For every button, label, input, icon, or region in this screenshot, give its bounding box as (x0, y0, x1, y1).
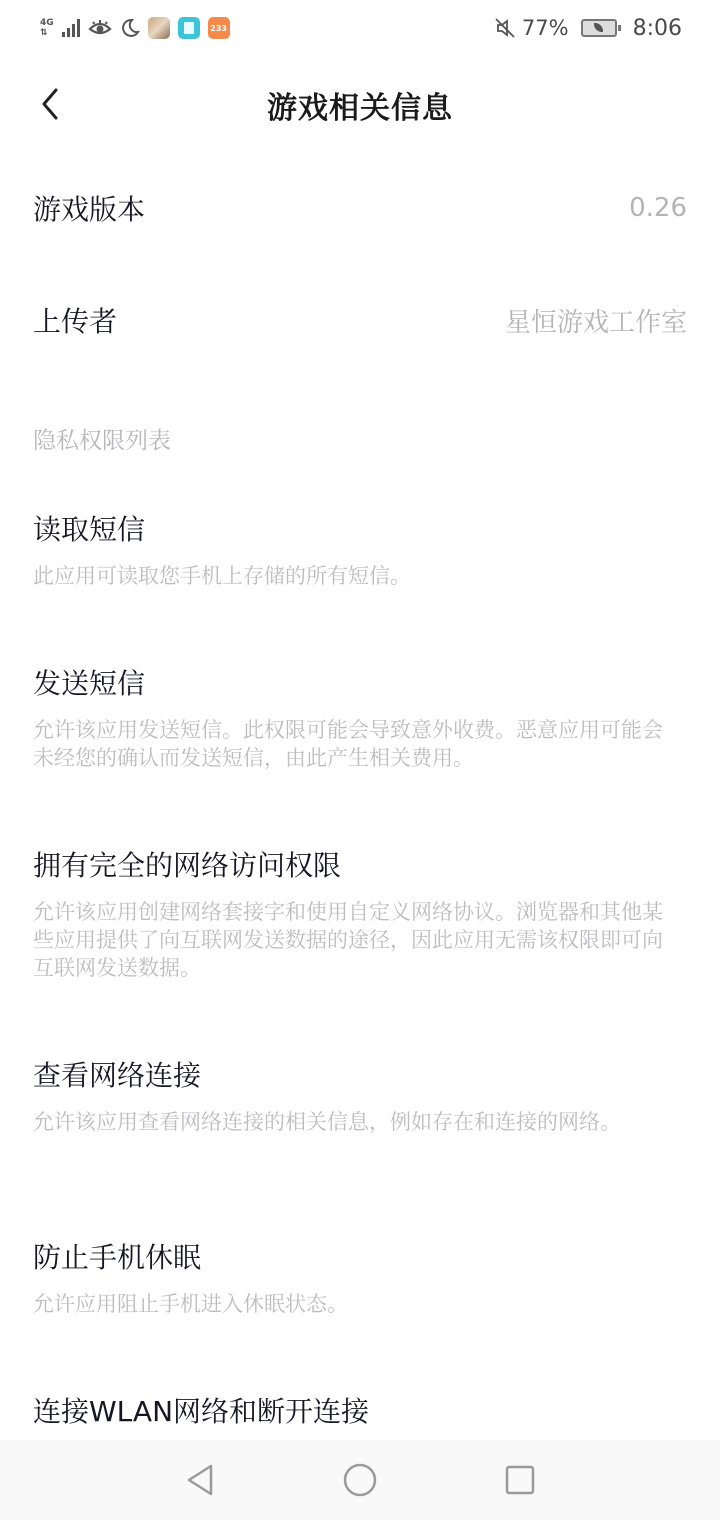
page-header: 游戏相关信息 (0, 60, 720, 150)
permission-item: 查看网络连接 允许该应用查看网络连接的相关信息，例如存在和连接的网络。 (33, 1056, 682, 1136)
permission-desc: 允许该应用创建网络套接字和使用自定义网络协议。浏览器和其他某些应用提供了向互联网… (33, 898, 682, 982)
permission-item: 读取短信 此应用可读取您手机上存储的所有短信。 (33, 510, 682, 590)
permission-item: 连接WLAN网络和断开连接 (33, 1392, 682, 1432)
uploader-label: 上传者 (33, 300, 117, 340)
network-indicator: 4G ⇅ (40, 18, 54, 38)
nav-back-button[interactable] (180, 1460, 220, 1500)
back-triangle-icon (185, 1463, 215, 1497)
233-app-label: 233 (210, 24, 227, 33)
battery-icon (581, 19, 617, 37)
uploader-value: 星恒游戏工作室 (505, 302, 687, 339)
recents-square-icon (505, 1465, 535, 1495)
permission-desc: 允许该应用查看网络连接的相关信息，例如存在和连接的网络。 (33, 1108, 682, 1136)
status-bar: 4G ⇅ 233 77% 8:06 (0, 0, 720, 56)
permission-desc: 此应用可读取您手机上存储的所有短信。 (33, 562, 682, 590)
permission-item: 发送短信 允许该应用发送短信。此权限可能会导致意外收费。恶意应用可能会未经您的确… (33, 664, 682, 772)
permission-title: 防止手机休眠 (33, 1238, 682, 1278)
chevron-left-icon (40, 87, 60, 121)
nav-recents-button[interactable] (500, 1460, 540, 1500)
permission-item: 防止手机休眠 允许应用阻止手机进入休眠状态。 (33, 1238, 682, 1318)
page-title: 游戏相关信息 (267, 83, 453, 127)
clock: 8:06 (633, 16, 682, 41)
permission-title: 发送短信 (33, 664, 682, 704)
back-button[interactable] (30, 82, 70, 126)
eye-icon (88, 19, 112, 37)
moon-icon (120, 18, 140, 38)
permission-title: 读取短信 (33, 510, 682, 550)
signal-icon (62, 19, 80, 37)
version-row: 游戏版本 0.26 (33, 188, 687, 228)
version-value: 0.26 (629, 193, 687, 223)
permission-desc: 允许该应用发送短信。此权限可能会导致意外收费。恶意应用可能会未经您的确认而发送短… (33, 716, 682, 772)
privacy-section-label: 隐私权限列表 (33, 422, 171, 455)
version-label: 游戏版本 (33, 188, 145, 228)
permission-desc: 允许应用阻止手机进入休眠状态。 (33, 1290, 682, 1318)
status-left: 4G ⇅ 233 (40, 17, 230, 39)
nav-home-button[interactable] (340, 1460, 380, 1500)
home-circle-icon (343, 1463, 377, 1497)
permission-title: 拥有完全的网络访问权限 (33, 846, 682, 886)
mute-icon (494, 17, 516, 39)
system-navigation-bar (0, 1440, 720, 1520)
permission-title: 连接WLAN网络和断开连接 (33, 1392, 682, 1432)
permission-item: 拥有完全的网络访问权限 允许该应用创建网络套接字和使用自定义网络协议。浏览器和其… (33, 846, 682, 982)
data-arrows-icon: ⇅ (40, 28, 54, 38)
uploader-row: 上传者 星恒游戏工作室 (33, 300, 687, 340)
network-type: 4G (40, 18, 54, 28)
233-app-icon: 233 (208, 17, 230, 39)
permission-title: 查看网络连接 (33, 1056, 682, 1096)
battery-percent: 77% (522, 16, 569, 40)
status-right: 77% 8:06 (494, 16, 682, 41)
power-saving-leaf-icon (594, 23, 603, 32)
book-app-icon (178, 17, 200, 39)
game-app-icon (148, 17, 170, 39)
